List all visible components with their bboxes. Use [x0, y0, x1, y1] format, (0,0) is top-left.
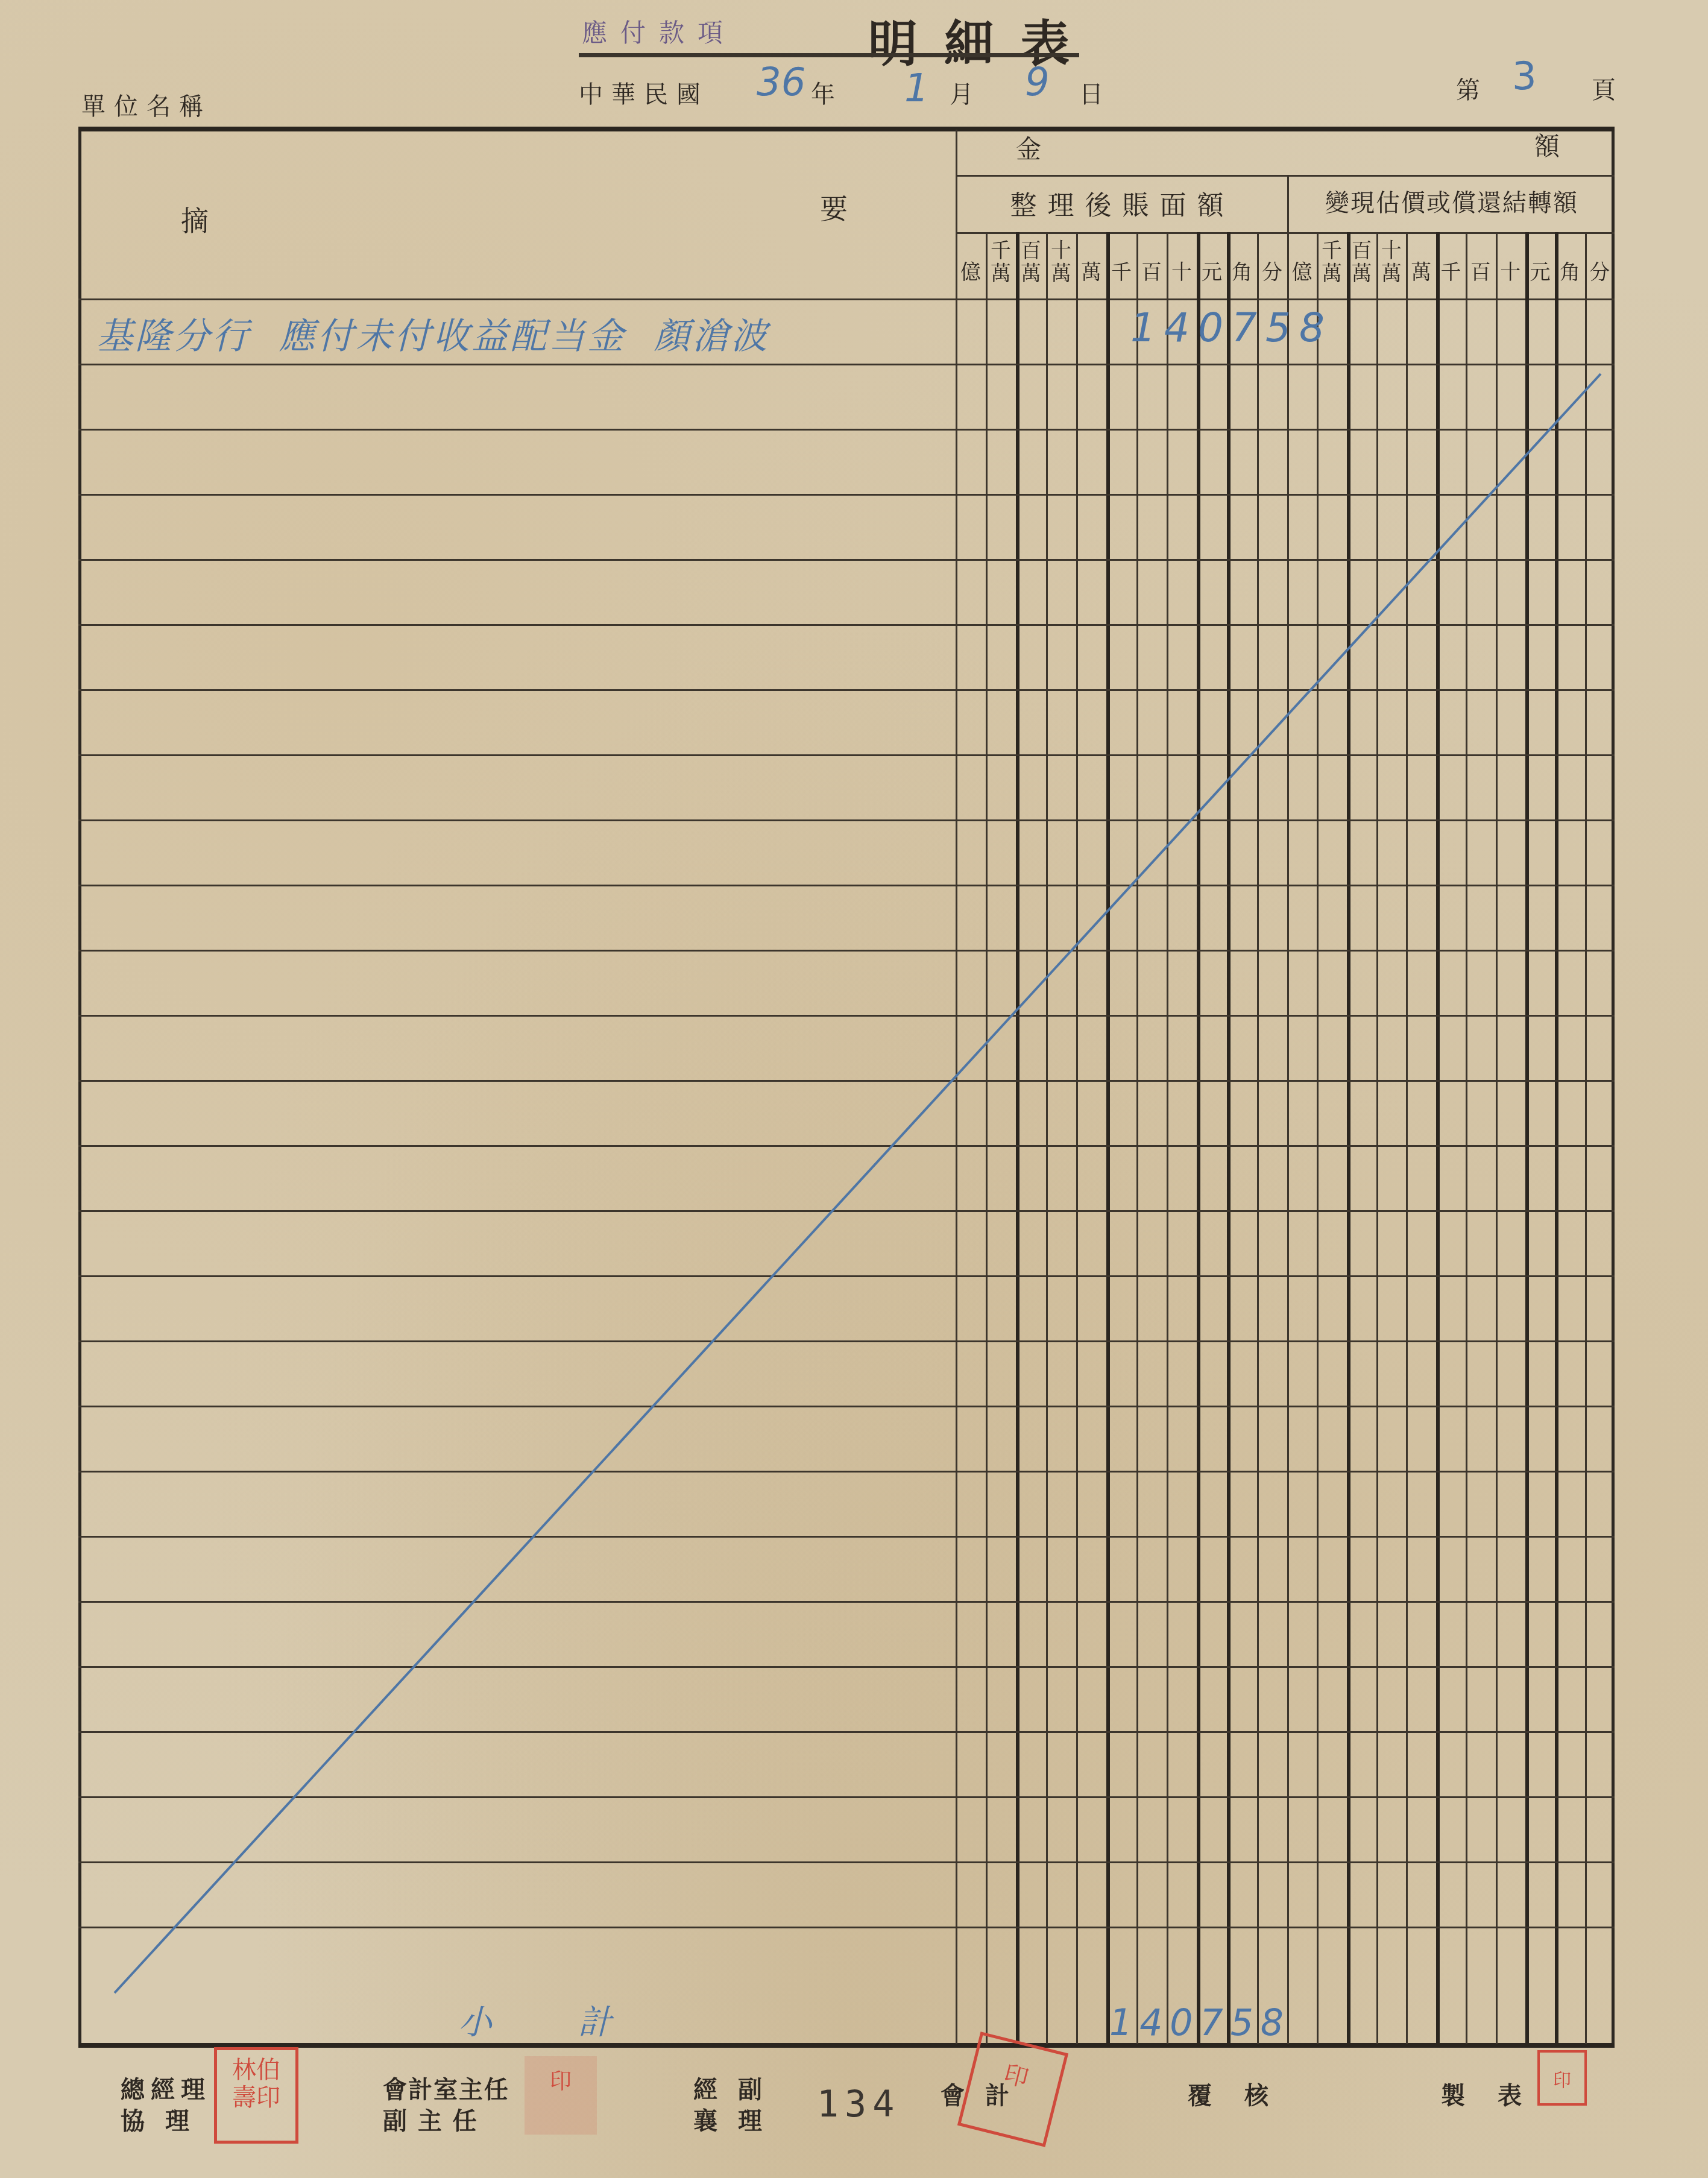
seal-stamp-accounting-director: 印 — [525, 2056, 597, 2135]
seal-stamp-general-manager: 林伯壽印 — [214, 2047, 298, 2144]
footer-deputy-manager: 經 副 襄 理 — [693, 2074, 768, 2137]
document-number: 134 — [817, 2083, 900, 2126]
footer-accounting-director: 會計室主任 副 主 任 — [383, 2074, 509, 2137]
footer-prepared-by: 製 表 — [1441, 2080, 1534, 2112]
seal-stamp-preparer: 印 — [1537, 2050, 1587, 2106]
footer-reviewer: 覆 核 — [1188, 2080, 1281, 2112]
footer-general-manager: 總經理 協 理 — [121, 2074, 211, 2137]
diagonal-cancel-line — [0, 0, 1708, 2178]
